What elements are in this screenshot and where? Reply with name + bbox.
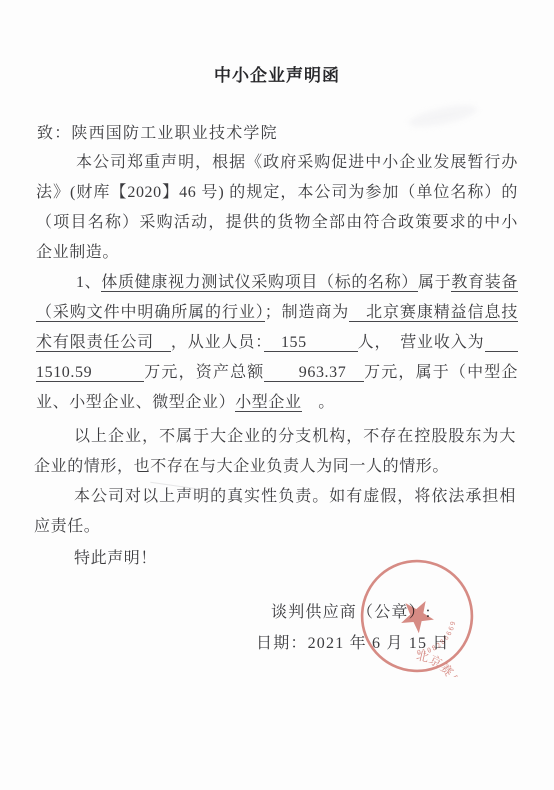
text-segment: 法》(财库【2020】46 号) 的规定，本公司为参加（单位名称）的 bbox=[36, 184, 518, 201]
scan-artifact-smudge bbox=[407, 101, 479, 131]
body-lines: 本公司郑重声明，根据《政府采购促进中小企业发展暂行办法》(财库【2020】46 … bbox=[36, 148, 518, 568]
text-segment: 1、 bbox=[76, 274, 101, 291]
text-segment: 万元，资产总额 bbox=[144, 364, 264, 381]
text-segment: 万元，属于（中型企 bbox=[364, 364, 518, 381]
text-segment: ，从业人员： bbox=[171, 334, 264, 351]
body-line: 法》(财库【2020】46 号) 的规定，本公司为参加（单位名称）的 bbox=[36, 178, 518, 208]
text-segment: 人， 营业收入为 bbox=[358, 334, 485, 351]
body-line: 企业制造。 bbox=[36, 238, 518, 268]
body-line: 1、体质健康视力测试仪采购项目（标的名称）属于教育装备 bbox=[36, 268, 518, 298]
seal-star-icon bbox=[393, 592, 438, 637]
company-seal-stamp: 北京赛康精益信息技术有限责任公司 0108286669 bbox=[356, 555, 478, 677]
underlined-field-text: 教育装备 bbox=[451, 274, 518, 292]
text-segment: 以上企业，不属于大企业的分支机构，不存在控股股东为大 bbox=[74, 428, 516, 445]
text-segment: （项目名称）采购活动，提供的货物全部由符合政策要求的中小 bbox=[36, 214, 518, 231]
underlined-field-text: 1510.59 bbox=[36, 364, 144, 382]
body-line: 本公司对以上声明的真实性负责。如有虚假，将依法承担相 bbox=[34, 482, 516, 512]
text-segment: 属于 bbox=[418, 274, 451, 291]
body-line: 以上企业，不属于大企业的分支机构，不存在控股股东为大 bbox=[34, 422, 516, 452]
recipient-value: 陕西国防工业职业技术学院 bbox=[71, 125, 277, 142]
page-title: 中小企业声明函 bbox=[0, 61, 554, 86]
body-line: 应责任。 bbox=[34, 512, 516, 542]
body-line: 本公司郑重声明，根据《政府采购促进中小企业发展暂行办 bbox=[36, 148, 518, 178]
text-segment: 。 bbox=[302, 394, 335, 411]
underlined-field-text: 小型企业 bbox=[235, 394, 301, 412]
recipient-line: 致：陕西国防工业职业技术学院 bbox=[37, 120, 278, 143]
body-line: 术有限责任公司 ，从业人员： 155 人， 营业收入为 bbox=[36, 328, 518, 358]
declaration-letter-page: 中小企业声明函 致：陕西国防工业职业技术学院 本公司郑重声明，根据《政府采购促进… bbox=[0, 0, 554, 790]
body-line: 业、小型企业、微型企业）小型企业 。 bbox=[36, 388, 518, 418]
text-segment: 应责任。 bbox=[34, 518, 100, 535]
body-line: 1510.59 万元，资产总额 963.37 万元，属于（中型企 bbox=[36, 358, 518, 388]
text-segment: 特此声明！ bbox=[74, 550, 157, 567]
body-line: 企业的情形，也不存在与大企业负责人为同一人的情形。 bbox=[34, 452, 516, 482]
recipient-label: 致： bbox=[37, 125, 71, 142]
underlined-field-text bbox=[485, 334, 518, 352]
underlined-field-text: 术有限责任公司 bbox=[36, 334, 171, 352]
underlined-field-text: 963.37 bbox=[264, 364, 364, 382]
text-segment: 本公司郑重声明，根据《政府采购促进中小企业发展暂行办 bbox=[76, 154, 518, 171]
text-segment: 业、小型企业、微型企业） bbox=[36, 394, 235, 411]
body-line: （项目名称）采购活动，提供的货物全部由符合政策要求的中小 bbox=[36, 208, 518, 238]
underlined-field-text: 体质健康视力测试仪采购项目（标的名称） bbox=[101, 274, 418, 292]
underlined-field-text: （采购文件中明确所属的行业） bbox=[36, 304, 265, 322]
underlined-field-text: 北京赛康精益信息技 bbox=[349, 304, 518, 322]
underlined-field-text: 155 bbox=[264, 334, 358, 352]
text-segment: 企业的情形，也不存在与大企业负责人为同一人的情形。 bbox=[34, 458, 449, 475]
text-segment: 本公司对以上声明的真实性负责。如有虚假，将依法承担相 bbox=[74, 488, 516, 505]
text-segment: ；制造商为 bbox=[265, 304, 350, 321]
text-segment: 企业制造。 bbox=[36, 244, 119, 261]
body-line: （采购文件中明确所属的行业）；制造商为 北京赛康精益信息技 bbox=[36, 298, 518, 328]
